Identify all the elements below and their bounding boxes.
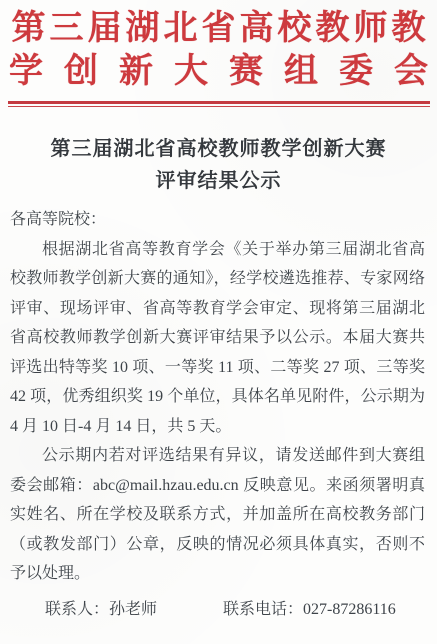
paragraph-objection-instructions: 公示期内若对评选结果有异议，请发送邮件到大赛组委会邮箱：abc@mail.hza… <box>10 441 425 589</box>
letterhead-line1: 第三届湖北省高校教师教 <box>0 8 437 50</box>
red-double-rule <box>8 101 430 107</box>
salutation: 各高等院校： <box>10 205 425 235</box>
document-body: 各高等院校： 根据湖北省高等教育学会《关于举办第三届湖北省高校教师教学创新大赛的… <box>0 205 437 624</box>
contact-line: 联系人：孙老师 联系电话：027-87286116 <box>10 595 425 625</box>
document-page: 第三届湖北省高校教师教 学创新大赛组委会 第三届湖北省高校教师教学创新大赛 评审… <box>0 0 437 644</box>
contact-phone: 联系电话：027-87286116 <box>223 595 396 625</box>
contact-person: 联系人：孙老师 <box>45 595 157 625</box>
document-title: 第三届湖北省高校教师教学创新大赛 评审结果公示 <box>0 133 437 197</box>
paragraph-award-results: 根据湖北省高等教育学会《关于举办第三届湖北省高校教师教学创新大赛的通知》，经学校… <box>10 235 425 442</box>
document-title-line1: 第三届湖北省高校教师教学创新大赛 <box>0 133 437 165</box>
letterhead: 第三届湖北省高校教师教 学创新大赛组委会 <box>0 0 437 93</box>
document-title-line2: 评审结果公示 <box>0 165 437 197</box>
letterhead-line2: 学创新大赛组委会 <box>0 50 437 93</box>
